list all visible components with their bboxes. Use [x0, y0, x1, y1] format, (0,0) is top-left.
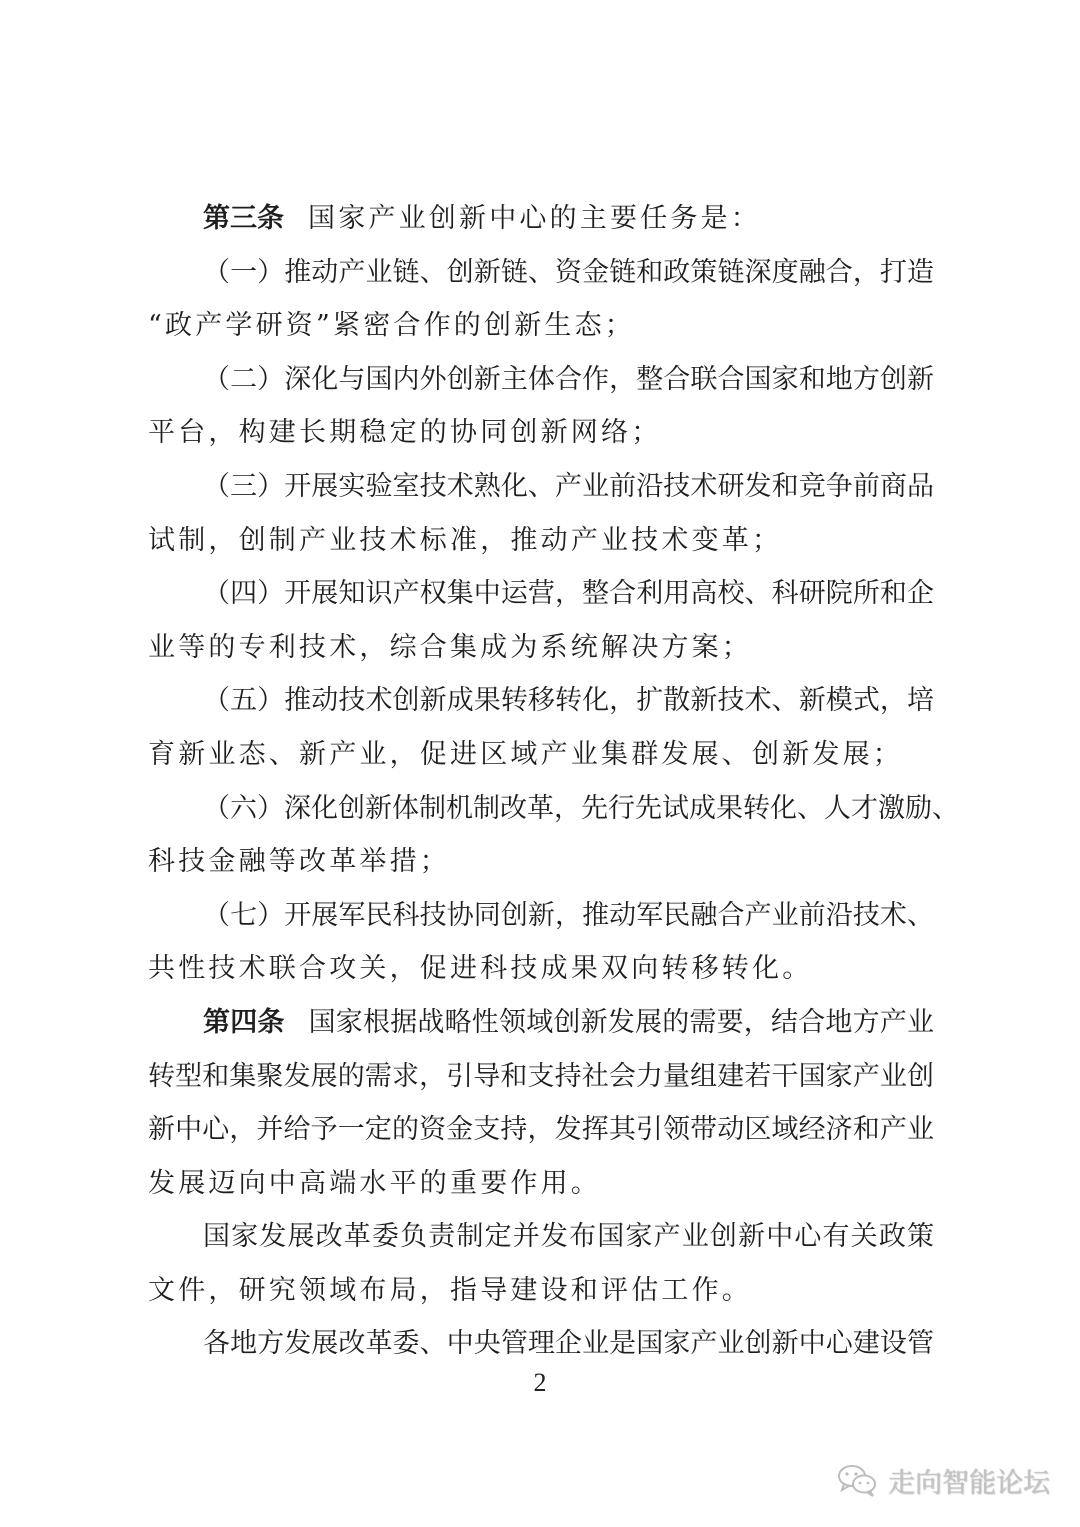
article-label: 第三条: [203, 203, 284, 234]
article-text: 国家产业创新中心的主要任务是：: [308, 203, 761, 234]
watermark: 走向智能论坛: [836, 1460, 1050, 1500]
list-item-line: （五）推动技术创新成果转移转化，扩散新技术、新模式，培: [148, 674, 934, 728]
article-3-heading-line: 第三条国家产业创新中心的主要任务是：: [148, 192, 934, 246]
document-page: 第三条国家产业创新中心的主要任务是： （一）推动产业链、创新链、资金链和政策链深…: [0, 0, 1080, 1527]
list-item-continuation: 育新业态、新产业，促进区域产业集群发展、创新发展；: [148, 728, 934, 782]
list-item-continuation: 共性技术联合攻关，促进科技成果双向转移转化。: [148, 942, 934, 996]
document-body: 第三条国家产业创新中心的主要任务是： （一）推动产业链、创新链、资金链和政策链深…: [148, 192, 934, 1371]
paragraph-line: 新中心，并给予一定的资金支持，发挥其引领带动区域经济和产业: [148, 1103, 934, 1157]
list-item-continuation: 试制，创制产业技术标准，推动产业技术变革；: [148, 514, 934, 568]
paragraph-line: 发展迈向中高端水平的重要作用。: [148, 1157, 934, 1211]
paragraph-line: 各地方发展改革委、中央管理企业是国家产业创新中心建设管: [148, 1317, 934, 1371]
list-item-continuation: “政产学研资”紧密合作的创新生态；: [148, 299, 934, 353]
paragraph-line: 文件，研究领域布局，指导建设和评估工作。: [148, 1264, 934, 1318]
list-item-line: （七）开展军民科技协同创新，推动军民融合产业前沿技术、: [148, 889, 934, 943]
list-item-continuation: 平台，构建长期稳定的协同创新网络；: [148, 406, 934, 460]
list-item-continuation: 科技金融等改革举措；: [148, 835, 934, 889]
article-text: 国家根据战略性领域创新发展的需要，结合地方产业: [309, 1007, 934, 1038]
list-item-line: （六）深化创新体制机制改革，先行先试成果转化、人才激励、: [148, 782, 934, 836]
list-item-line: （三）开展实验室技术熟化、产业前沿技术研发和竞争前商品: [148, 460, 934, 514]
paragraph-line: 国家发展改革委负责制定并发布国家产业创新中心有关政策: [148, 1210, 934, 1264]
paragraph-line: 转型和集聚发展的需求，引导和支持社会力量组建若干国家产业创: [148, 1050, 934, 1104]
wechat-icon: [836, 1462, 880, 1498]
watermark-text: 走向智能论坛: [888, 1461, 1050, 1500]
list-item-line: （二）深化与国内外创新主体合作，整合联合国家和地方创新: [148, 353, 934, 407]
list-item-continuation: 业等的专利技术，综合集成为系统解决方案；: [148, 621, 934, 675]
list-item-line: （四）开展知识产权集中运营，整合利用高校、科研院所和企: [148, 567, 934, 621]
list-item-line: （一）推动产业链、创新链、资金链和政策链深度融合，打造: [148, 246, 934, 300]
article-4-heading-line: 第四条国家根据战略性领域创新发展的需要，结合地方产业: [148, 996, 934, 1050]
article-label: 第四条: [203, 1007, 285, 1038]
page-number: 2: [0, 1368, 1080, 1398]
